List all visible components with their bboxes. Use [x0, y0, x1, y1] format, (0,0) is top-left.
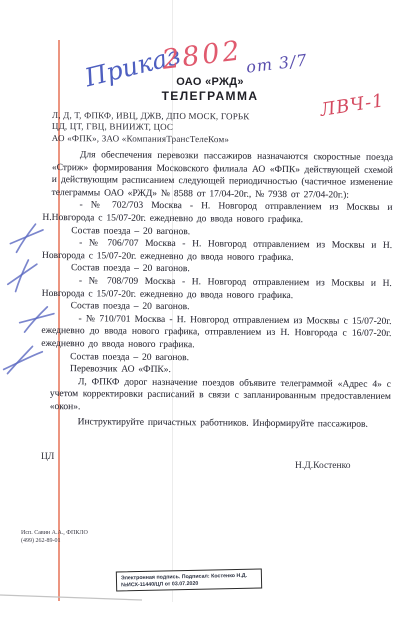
announce-paragraph: Л, ФПКФ дорог назначение поездов объявит…	[50, 376, 391, 417]
telegram-scanned-page: Приказ 2802 от 3/7 ЛВЧ-1 ОАО «РЖД» ТЕЛЕГ…	[0, 0, 400, 640]
handwritten-checkmark	[6, 259, 40, 292]
executor-name: Исп. Савин А.А., ФПКЛО	[21, 530, 88, 538]
intro-paragraph: Для обеспечения перевозки пассажиров наз…	[52, 149, 393, 202]
electronic-signature-stamp: Электронная подпись. Подписал: Костенко …	[116, 568, 262, 591]
instruct-paragraph: Инструктируйте причастных работников. Ин…	[50, 416, 391, 432]
executor-block: Исп. Савин А.А., ФПКЛО (499) 262-89-01	[21, 530, 88, 545]
addressees-block: Л, Д, Т, ФПКФ, ИВЦ, ДЖВ, ДПО МОСК, ГОРЬК…	[52, 110, 250, 146]
train-708-709: - № 708/709 Москва - Н. Новгород отправл…	[42, 275, 392, 303]
handwritten-checkmark	[10, 222, 44, 255]
handwritten-date-note: от 3/7	[245, 50, 308, 76]
addressees-line: АО «ФПК», ЗАО «КомпанияТрансТелеКом»	[52, 133, 250, 146]
train-706-707: - № 706/707 Москва - Н. Новгород отправл…	[42, 237, 392, 265]
document-header: ОАО «РЖД» ТЕЛЕГРАММА	[30, 76, 390, 103]
train-702-703: - № 702/703 Москва - Н. Новгород отправл…	[42, 199, 392, 227]
department-code: ЦЛ	[41, 452, 54, 462]
executor-phone: (499) 262-89-01	[21, 538, 88, 546]
document-type-title: ТЕЛЕГРАММА	[30, 89, 390, 103]
document-body: Для обеспечения перевозки пассажиров наз…	[50, 149, 393, 432]
train-710-701: - № 710/701 Москва - Н. Новгород отправл…	[41, 313, 391, 354]
organization-name: ОАО «РЖД»	[30, 76, 390, 88]
signer-name: Н.Д.Костенко	[295, 461, 351, 471]
page-bottom-edge-line	[0, 595, 142, 600]
handwritten-checkmark	[4, 345, 43, 374]
